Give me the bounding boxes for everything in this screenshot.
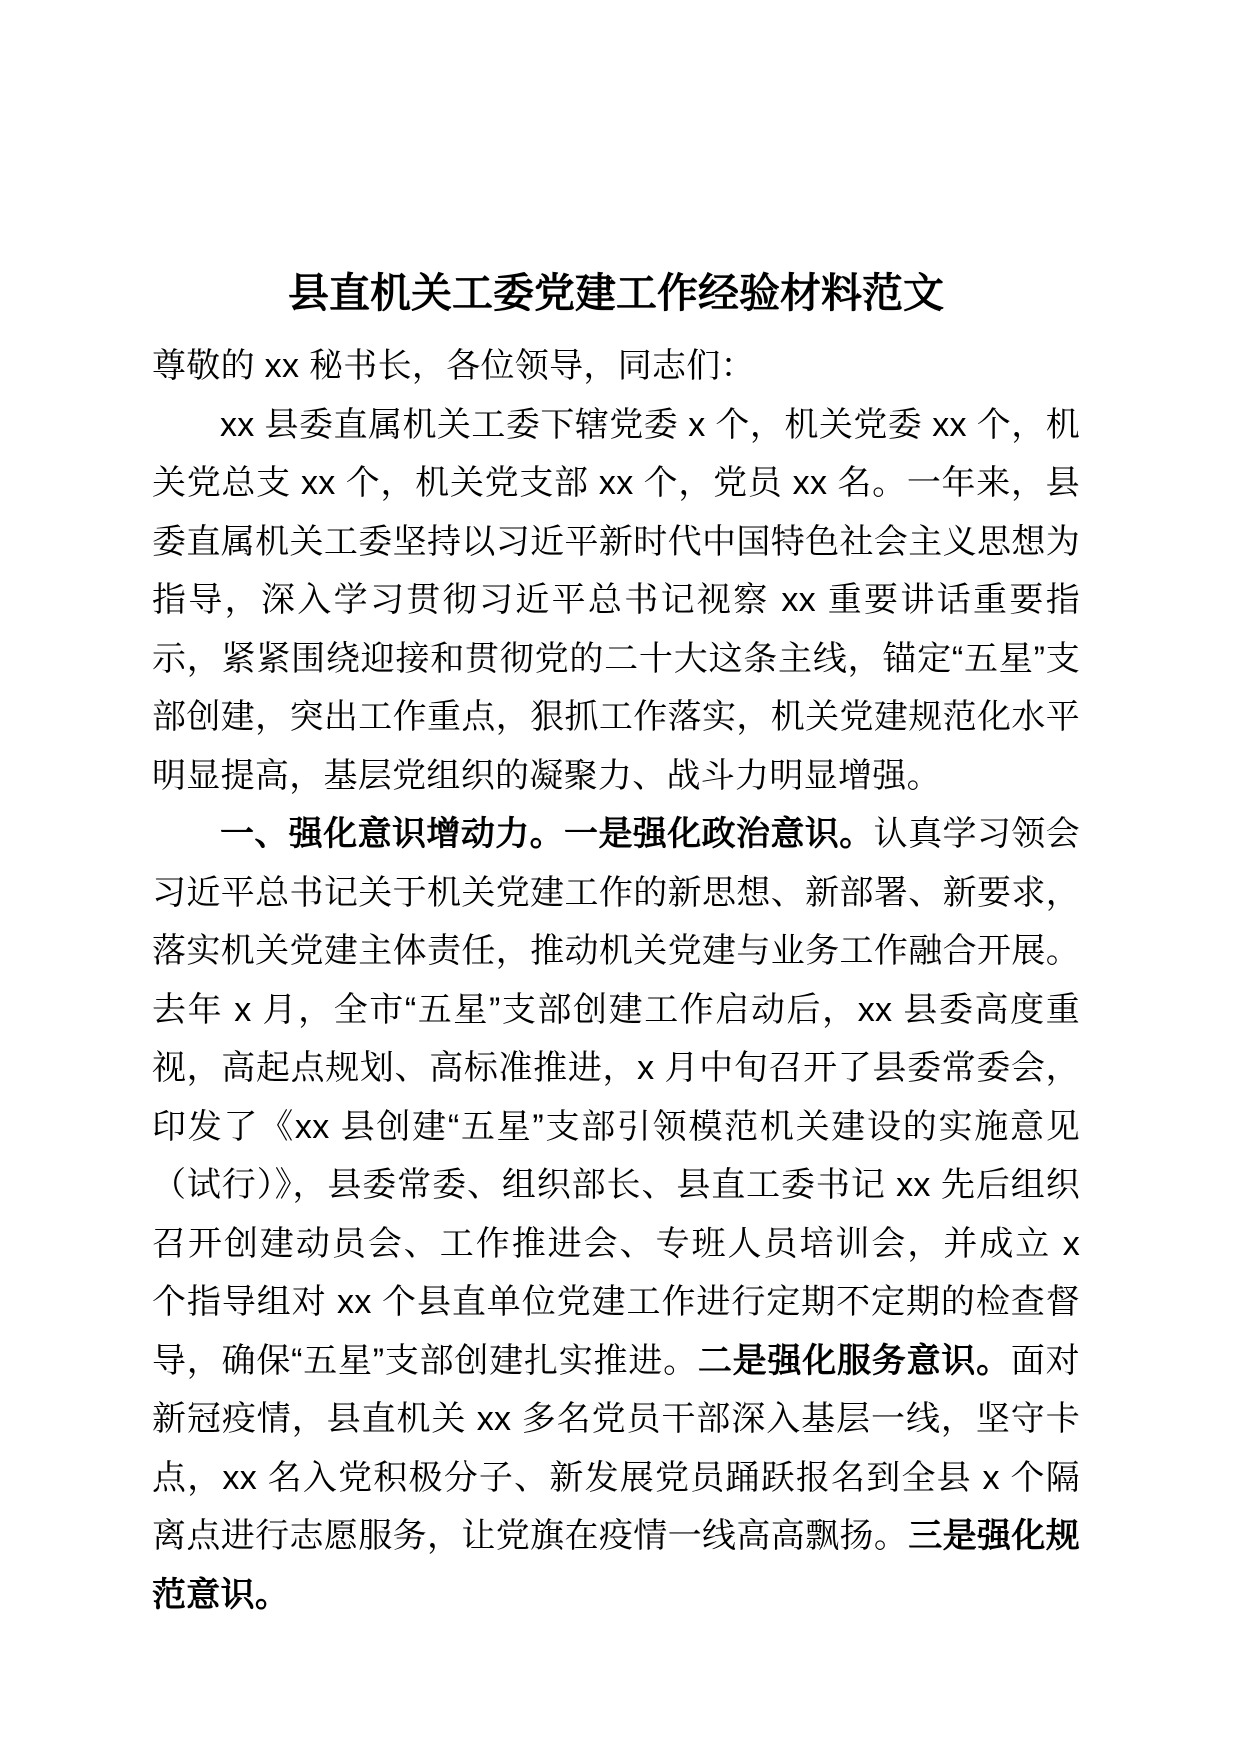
salutation-line: 尊敬的 xx 秘书长，各位领导，同志们： — [152, 337, 1080, 396]
document-page: 县直机关工委党建工作经验材料范文 尊敬的 xx 秘书长，各位领导，同志们：xx … — [0, 0, 1240, 1754]
intro-paragraph: xx 县委直属机关工委下辖党委 x 个，机关党委 xx 个，机关党总支 xx 个… — [152, 396, 1080, 806]
bold-segment: 一、强化意识增动力。一是强化政治意识。 — [220, 815, 874, 853]
text-segment: 认真学习领会习近平总书记关于机关党建工作的新思想、新部署、新要求，落实机关党建主… — [152, 815, 1080, 1380]
text-segment: 尊敬的 xx 秘书长，各位领导，同志们： — [152, 347, 755, 385]
text-segment: xx 县委直属机关工委下辖党委 x 个，机关党委 xx 个，机关党总支 xx 个… — [152, 406, 1080, 795]
bold-segment: 二是强化服务意识。 — [698, 1342, 1011, 1380]
document-title: 县直机关工委党建工作经验材料范文 — [152, 262, 1080, 324]
section-one-paragraph: 一、强化意识增动力。一是强化政治意识。认真学习领会习近平总书记关于机关党建工作的… — [152, 805, 1080, 1624]
document-body: 尊敬的 xx 秘书长，各位领导，同志们：xx 县委直属机关工委下辖党委 x 个，… — [152, 337, 1080, 1624]
